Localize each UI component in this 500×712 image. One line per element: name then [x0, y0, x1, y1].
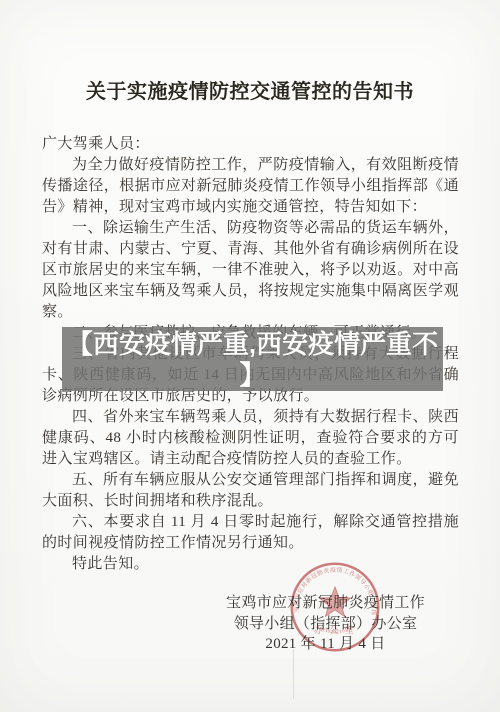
watermark-text-line2: 】 [62, 360, 443, 391]
signature-org-line1: 宝鸡市应对新冠肺炎疫情工作 [218, 593, 433, 614]
closing-phrase: 特此告知。 [42, 554, 459, 575]
paper-crease-line [293, 649, 294, 699]
watermark-text-line1: 【西安疫情严重,西安疫情严重不 [62, 329, 443, 360]
notice-document: 关于实施疫情防控交通管控的告知书 广大驾乘人员： 为全力做好疫情防控工作，严防疫… [0, 0, 500, 712]
body-paragraph: 五、所有车辆应服从公安交通管理部门指挥和调度，避免大面积、长时间拥堵和秩序混乱。 [42, 470, 459, 512]
body-paragraph: 六、本要求自 11 月 4 日零时起施行，解除交通管控措施的时间视疫情防控工作情… [42, 512, 459, 554]
salutation: 广大驾乘人员： [42, 134, 459, 155]
body-paragraph: 一、除运输生产生活、防疫物资等必需品的货运车辆外，对有甘肃、内蒙古、宁夏、青海、… [42, 218, 459, 323]
signature-org-line2: 领导小组（指挥部）办公室 [218, 614, 433, 635]
document-title: 关于实施疫情防控交通管控的告知书 [0, 75, 500, 104]
signature-date: 2021 年 11 月 4 日 [218, 634, 433, 655]
body-paragraph: 为全力做好疫情防控工作，严防疫情输入，有效阻断疫情传播途径，根据市应对新冠肺炎疫… [42, 155, 459, 218]
signature-block: 宝鸡市应对新冠肺炎疫情工作 领导小组（指挥部）办公室 2021 年 11 月 4… [218, 593, 433, 655]
watermark-overlay: 【西安疫情严重,西安疫情严重不 】 [62, 327, 443, 391]
body-paragraph: 四、省外来宝车辆驾乘人员，须持有大数据行程卡、陕西健康码、48 小时内核酸检测阴… [42, 407, 459, 470]
